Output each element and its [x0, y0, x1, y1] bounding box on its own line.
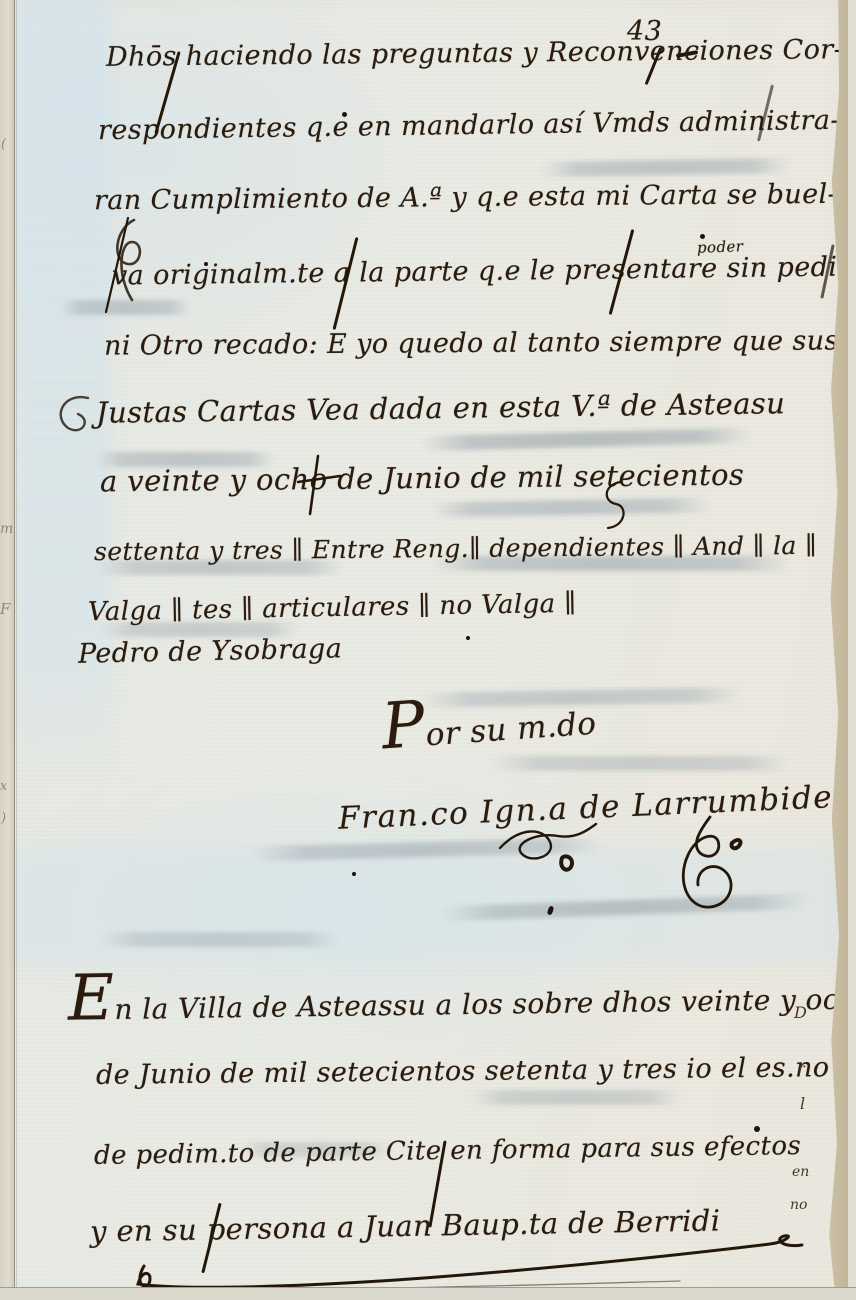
right-edge-fragment: D	[794, 1005, 807, 1021]
adjacent-page-edge	[848, 0, 856, 1300]
signature-paraph-flourish	[492, 818, 602, 876]
crossed-stroke-flourish	[288, 452, 348, 522]
manuscript-line-6: Justas Cartas Vea dada en esta V.ª de As…	[96, 389, 786, 428]
margin-curl-flourish	[48, 390, 96, 442]
bleedthrough-stroke	[440, 894, 810, 922]
manuscript-scan: 43 Dhōs haciendo las preguntas y Reconve…	[0, 0, 856, 1300]
diligence-line-2: de Junio de mil setecientos setenta y tr…	[96, 1054, 830, 1089]
loop-flourish-above-reng	[592, 478, 632, 533]
ink-dot	[754, 1126, 760, 1132]
manuscript-line-9: Valga ∥ tes ∥ articulares ∥ no Valga ∥	[88, 591, 577, 626]
ink-dot	[466, 636, 470, 640]
bleedthrough-stroke	[490, 756, 790, 771]
manuscript-line-8: settenta y tres ∥ Entre Reng.∥ dependien…	[94, 533, 817, 564]
right-edge-fragment: no	[790, 1198, 807, 1212]
bottom-fold-edge	[0, 1287, 856, 1300]
rubric-flourish	[648, 815, 748, 925]
manuscript-line-7: a veinte y ocho de Junio de mil setecien…	[100, 461, 744, 497]
manuscript-line-5: ni Otro recado: E yo quedo al tanto siem…	[104, 327, 839, 359]
ink-dot	[352, 872, 356, 876]
left-edge-fragment: m	[0, 522, 13, 536]
diligence-line-1: En la Villa de Asteassu a los sobre dhos…	[68, 970, 856, 1024]
manuscript-line-3: ran Cumplimiento de A.ª y q.e esta mi Ca…	[94, 181, 837, 214]
bleedthrough-stroke	[100, 932, 340, 947]
ink-dot	[204, 262, 208, 266]
line4-start-flourish	[92, 212, 172, 317]
right-edge-fragment: en	[792, 1165, 809, 1179]
left-edge-fragment: F	[0, 602, 10, 617]
right-edge-fragment: l	[800, 1096, 805, 1112]
closing-formula: Por su m.do	[381, 695, 598, 755]
ink-dot	[700, 234, 705, 239]
bleedthrough-stroke	[540, 158, 790, 177]
diligence-line-3: de pedim.to de parte Cite en forma para …	[94, 1133, 802, 1169]
bleedthrough-stroke	[470, 1090, 680, 1105]
bleedthrough-stroke	[420, 428, 750, 452]
left-edge-fragment: (	[1, 138, 6, 151]
manuscript-line-4: va originalm.te a la parte q.e le presen…	[112, 253, 851, 289]
binding-crease	[16, 0, 17, 1300]
left-edge-fragment: )	[1, 812, 6, 825]
left-page-edge	[0, 0, 15, 1300]
right-edge-fragment: r	[798, 1062, 805, 1076]
manuscript-line-10: Pedro de Ysobraga	[78, 635, 343, 668]
left-edge-fragment: x	[0, 780, 7, 793]
ink-dot	[342, 112, 347, 117]
manuscript-line-1: Dhōs haciendo las preguntas y Reconvenci…	[106, 36, 843, 71]
manuscript-line-2: respondientes q.e en mandarlo así Vmds a…	[98, 107, 840, 144]
bleedthrough-stroke	[430, 498, 710, 518]
